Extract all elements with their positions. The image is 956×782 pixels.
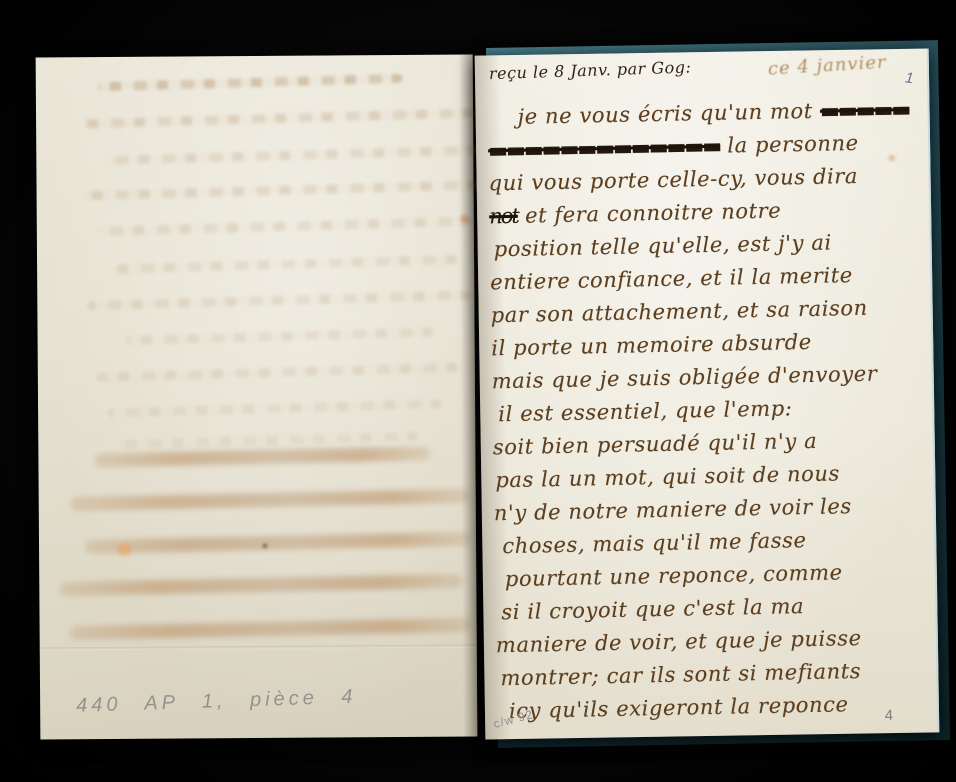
erased-line-smudge <box>71 489 471 511</box>
erased-line-smudge <box>94 446 430 467</box>
struck-text: not <box>489 204 518 229</box>
left-page: 440 AP 1, pièce 4 <box>36 54 478 739</box>
header-row: reçu le 8 Janv. par Gog: ce 4 janvier 1 <box>487 54 922 99</box>
struck-text: ▬▬▬▬▬ <box>820 97 910 123</box>
erased-line-smudge <box>85 532 471 554</box>
letter-text: la personne <box>720 131 859 158</box>
letter-text: il porte un memoire absurde <box>491 330 812 360</box>
bleed-through-line <box>108 399 442 417</box>
page-number: 4 <box>885 708 894 723</box>
date-annotation: ce 4 janvier <box>768 53 888 80</box>
letter-text: entiere confiance, et il la merite <box>490 263 853 294</box>
right-page-content: reçu le 8 Janv. par Gog: ce 4 janvier 1 … <box>475 49 938 740</box>
letter-text: position telle qu'elle, est j'y ai <box>493 230 832 261</box>
letter-text: par son attachement, et sa raison <box>490 296 868 328</box>
bleed-through-line <box>118 432 418 449</box>
erased-line-smudge <box>59 574 463 596</box>
bleed-through-line <box>84 108 474 128</box>
letter-line: icy qu'ils exigeront la reponce <box>509 687 932 728</box>
letter-text: il est essentiel, que l'emp: <box>498 396 793 426</box>
letter-text: je ne vous écris qu'un mot <box>517 99 820 129</box>
letter-lines: je ne vous écris qu'un mot ▬▬▬▬▬▬▬▬▬▬▬▬▬… <box>487 94 931 728</box>
letter-text: pas la un mot, qui soit de nous <box>495 461 840 492</box>
letter-text: n'y de notre maniere de voir les <box>494 494 852 525</box>
letter-text: mais que je suis obligée d'envoyer <box>492 362 878 394</box>
received-annotation: reçu le 8 Janv. par Gog: <box>489 58 692 83</box>
letter-text: si il croyoit que c'est la ma <box>501 594 804 624</box>
ink-speck <box>263 544 267 548</box>
foxing-spot <box>460 215 469 223</box>
bleed-through-line <box>97 217 473 236</box>
letter-text: soit bien persuadé qu'il n'y a <box>493 429 818 460</box>
folio-number: 1 <box>904 70 914 87</box>
bleed-through-line <box>126 328 434 346</box>
bleed-through-line <box>83 180 479 200</box>
pencil-shelfmark: 440 AP 1, pièce 4 <box>76 686 357 717</box>
bleed-through-line <box>113 255 457 274</box>
foxing-spot <box>117 543 132 556</box>
letter-text: montrer; car ils sont si mefiants <box>500 659 861 690</box>
letter-text: et fera connoitre notre <box>518 198 782 227</box>
erased-line-smudge <box>70 618 472 640</box>
right-page: reçu le 8 Janv. par Gog: ce 4 janvier 1 … <box>475 48 940 739</box>
bleed-through-line <box>96 363 458 382</box>
bleed-through-line <box>106 146 478 165</box>
struck-text: ▬▬▬▬▬▬▬▬▬▬▬▬▬ <box>488 134 720 163</box>
letter-text: qui vous porte celle-cy, vous dira <box>488 164 858 195</box>
letter-text: pourtant une reponce, comme <box>505 560 843 591</box>
letter-text: choses, mais qu'il me fasse <box>502 528 807 558</box>
manuscript-photo: 440 AP 1, pièce 4 reçu le 8 Janv. par Go… <box>0 0 956 782</box>
letter-text: icy qu'ils exigeront la reponce <box>509 692 849 723</box>
letter-text: maniere de voir, et que je puisse <box>496 626 862 657</box>
bleed-through-line <box>98 74 403 92</box>
bleed-through-line <box>87 290 471 310</box>
